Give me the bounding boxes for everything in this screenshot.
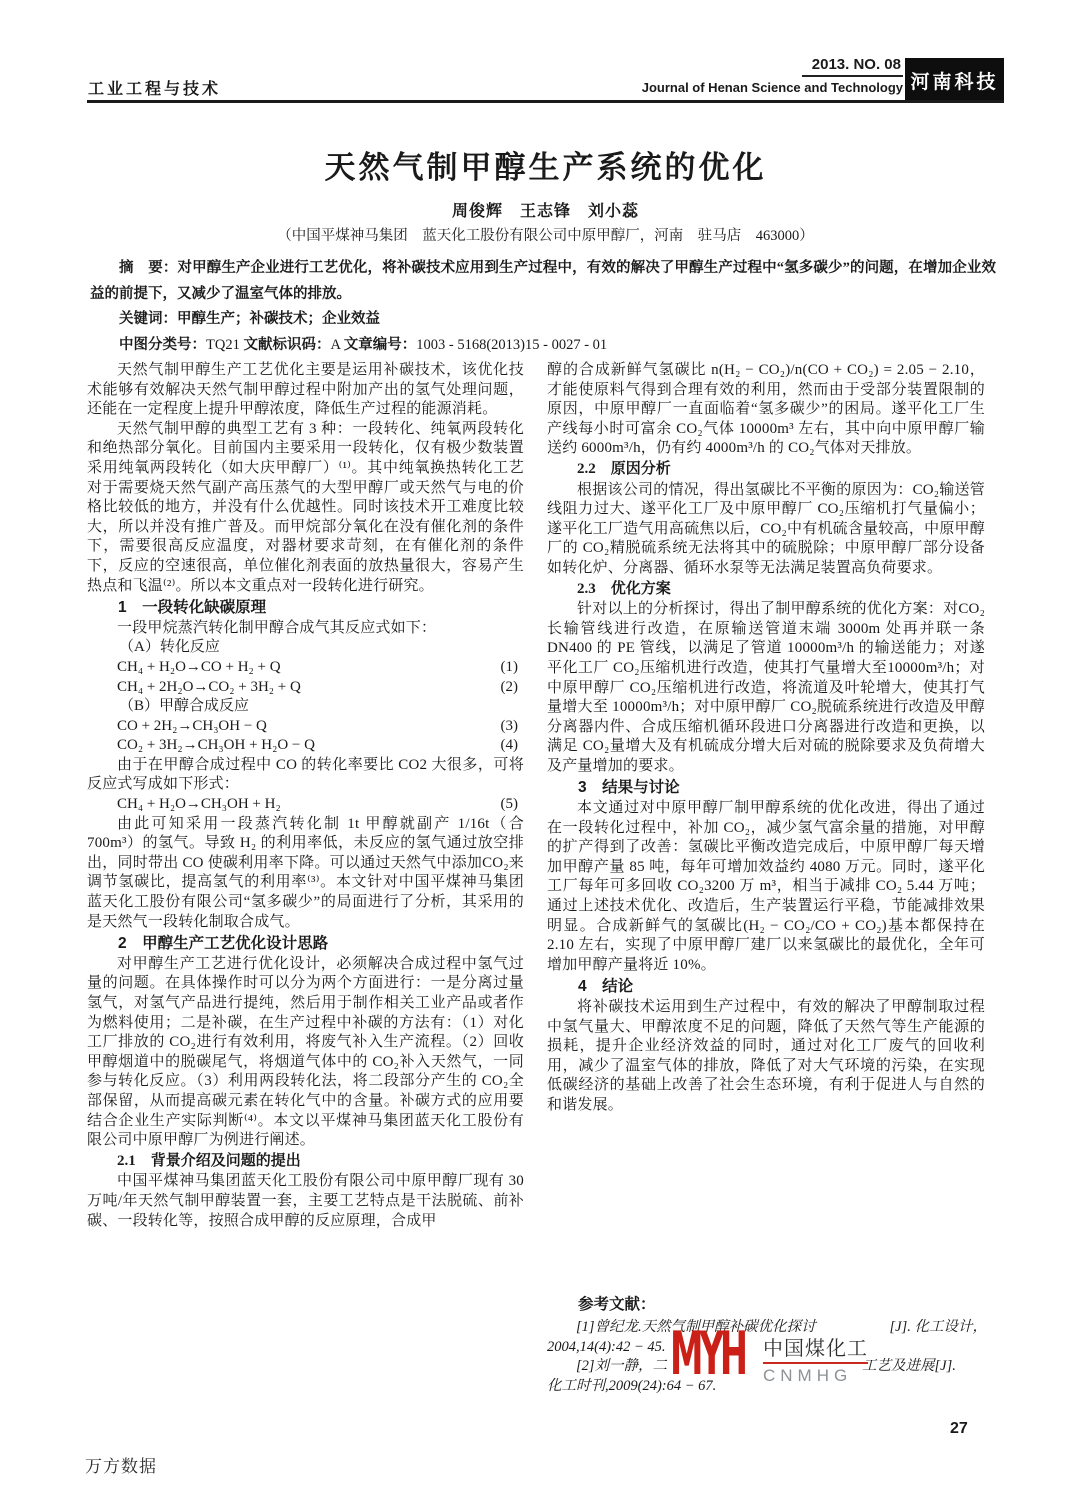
watermark-logo-letters: MYH bbox=[670, 1326, 744, 1382]
scan-provider-mark: 万方数据 bbox=[85, 1452, 157, 1477]
doc-code-label: 文献标识码： bbox=[243, 337, 330, 353]
equation-number: (4) bbox=[501, 736, 519, 756]
keywords-label: 关键词： bbox=[119, 311, 177, 327]
journal-logo-box: 河南科技 bbox=[905, 58, 1004, 103]
section-heading-3: 3 结果与讨论 bbox=[547, 778, 985, 798]
reference-text: 工艺及进展[J]. bbox=[862, 1357, 956, 1377]
article-id-label: 文章编号： bbox=[344, 337, 417, 353]
equation-5: CH₄ + H₂O→CH₃OH + H₂ (5) bbox=[87, 795, 524, 815]
equation-formula: CH₄ + H₂O→CH₃OH + H₂ bbox=[117, 795, 281, 815]
abstract-text: 对甲醇生产企业进行工艺优化，将补碳技术应用到生产过程中，有效的解决了甲醇生产过程… bbox=[90, 260, 996, 302]
reaction-group-a-label: （A）转化反应 bbox=[87, 638, 524, 658]
classification-line: 中图分类号：TQ21 文献标识码：A 文章编号：1003 - 5168(2013… bbox=[90, 333, 996, 359]
reference-text: [2]刘一静， bbox=[547, 1358, 653, 1374]
paragraph: 天然气制甲醇生产工艺优化主要是运用补碳技术，该优化技术能够有效解决天然气制甲醇过… bbox=[87, 361, 524, 420]
reference-text: 2004,14(4):42 − 45. bbox=[547, 1339, 666, 1355]
paragraph: 天然气制甲醇的典型工艺有 3 种：一段转化、纯氧两段转化和绝热部分氧化。目前国内… bbox=[87, 420, 524, 596]
authors: 周俊辉 王志锋 刘小蕊 bbox=[87, 198, 1004, 221]
paragraph: 对甲醇生产工艺进行优化设计，必须解决合成过程中氢气过量的问题。在具体操作时可以分… bbox=[87, 955, 524, 1151]
section-heading-2: 2 甲醇生产工艺优化设计思路 bbox=[87, 934, 524, 954]
paragraph: 由此可知采用一段蒸汽转化制 1t 甲醇就副产 1/16t（合700m³）的氢气。… bbox=[87, 815, 524, 933]
reference-text: [J]. 化工设计， bbox=[890, 1318, 987, 1338]
paragraph: 一段甲烷蒸汽转化制甲醇合成气其反应式如下： bbox=[87, 619, 524, 639]
paragraph: 由于在甲醇合成过程中 CO 的转化率要比 CO2 大很多，可将反应式写成如下形式… bbox=[87, 756, 524, 795]
subsection-heading-2-3: 2.3 优化方案 bbox=[547, 580, 985, 600]
section-heading-4: 4 结论 bbox=[547, 977, 985, 997]
section-heading-1: 1 一段转化缺碳原理 bbox=[87, 598, 524, 618]
references-heading: 参考文献： bbox=[547, 1295, 987, 1315]
equation-formula: CH₄ + H₂O→CO + H₂ + Q bbox=[117, 658, 281, 678]
left-column: 天然气制甲醇生产工艺优化主要是运用补碳技术，该优化技术能够有效解决天然气制甲醇过… bbox=[87, 361, 524, 1231]
keywords-text: 甲醇生产；补碳技术；企业效益 bbox=[177, 311, 380, 327]
coal-chem-watermark: MYH 中国煤化工 CNMHG bbox=[668, 1332, 873, 1378]
article-id-value: 1003 - 5168(2013)15 - 0027 - 01 bbox=[416, 337, 607, 353]
equation-1: CH₄ + H₂O→CO + H₂ + Q (1) bbox=[87, 658, 524, 678]
clc-label: 中图分类号： bbox=[119, 337, 206, 353]
subsection-heading-2-2: 2.2 原因分析 bbox=[547, 460, 985, 480]
equation-number: (1) bbox=[501, 658, 519, 678]
journal-page: 工业工程与技术 2013. NO. 08 Journal of Henan Sc… bbox=[0, 0, 1068, 1512]
affiliation: （中国平煤神马集团 蓝天化工股份有限公司中原甲醇厂，河南 驻马店 463000） bbox=[87, 224, 1004, 245]
subsection-heading-2-1: 2.1 背景介绍及问题的提出 bbox=[87, 1152, 524, 1172]
equation-4: CO₂ + 3H₂→CH₃OH + H₂O − Q (4) bbox=[87, 736, 524, 756]
equation-3: CO + 2H₂→CH₃OH − Q (3) bbox=[87, 717, 524, 737]
equation-number: (5) bbox=[501, 795, 519, 815]
journal-name-chinese: 河南科技 bbox=[910, 67, 998, 94]
paragraph-continued: 醇的合成新鲜气氢碳比 n(H₂ − CO₂)/n(CO + CO₂) = 2.0… bbox=[547, 361, 985, 459]
paragraph: 本文通过对中原甲醇厂制甲醇系统的优化改进，得出了通过在一段转化过程中，补加 CO… bbox=[547, 799, 985, 975]
reference-text: [1]曾纪龙. bbox=[547, 1319, 642, 1335]
equation-number: (2) bbox=[501, 678, 519, 698]
paragraph: 针对以上的分析探讨，得出了制甲醇系统的优化方案：对CO₂长输管线进行改造，在原输… bbox=[547, 600, 985, 776]
meta-block: 摘 要：对甲醇生产企业进行工艺优化，将补碳技术应用到生产过程中，有效的解决了甲醇… bbox=[90, 256, 996, 358]
journal-name-english: Journal of Henan Science and Technology bbox=[642, 80, 903, 95]
paragraph: 将补碳技术运用到生产过程中，有效的解决了甲醇制取过程中氢气量大、甲醇浓度不足的问… bbox=[547, 998, 985, 1116]
keywords: 关键词：甲醇生产；补碳技术；企业效益 bbox=[90, 307, 996, 333]
watermark-chinese-name: 中国煤化工 bbox=[763, 1332, 868, 1364]
equation-formula: CH₄ + 2H₂O→CO₂ + 3H₂ + Q bbox=[117, 678, 301, 698]
abstract-label: 摘 要： bbox=[119, 260, 177, 276]
equation-formula: CO + 2H₂→CH₃OH − Q bbox=[117, 717, 267, 737]
doc-code-value: A bbox=[330, 337, 340, 353]
right-column: 醇的合成新鲜气氢碳比 n(H₂ − CO₂)/n(CO + CO₂) = 2.0… bbox=[547, 361, 985, 1116]
issue-number: 2013. NO. 08 bbox=[802, 56, 903, 77]
abstract: 摘 要：对甲醇生产企业进行工艺优化，将补碳技术应用到生产过程中，有效的解决了甲醇… bbox=[90, 256, 996, 307]
equation-formula: CO₂ + 3H₂→CH₃OH + H₂O − Q bbox=[117, 736, 315, 756]
column-section-title: 工业工程与技术 bbox=[88, 76, 221, 99]
watermark-latin-name: CNMHG bbox=[763, 1366, 868, 1386]
equation-number: (3) bbox=[501, 717, 519, 737]
clc-value: TQ21 bbox=[206, 337, 240, 353]
paragraph: 根据该公司的情况，得出氢碳比不平衡的原因为：CO₂输送管线阻力过大、遂平化工厂及… bbox=[547, 481, 985, 579]
paragraph: 中国平煤神马集团蓝天化工股份有限公司中原甲醇厂现有 30 万吨/年天然气制甲醇装… bbox=[87, 1172, 524, 1231]
paper-title: 天然气制甲醇生产系统的优化 bbox=[87, 142, 1004, 187]
header-rule bbox=[87, 100, 1004, 103]
watermark-text-block: 中国煤化工 CNMHG bbox=[763, 1332, 868, 1386]
reaction-group-b-label: （B）甲醇合成反应 bbox=[87, 697, 524, 717]
page-number: 27 bbox=[950, 1420, 968, 1438]
equation-2: CH₄ + 2H₂O→CO₂ + 3H₂ + Q (2) bbox=[87, 678, 524, 698]
